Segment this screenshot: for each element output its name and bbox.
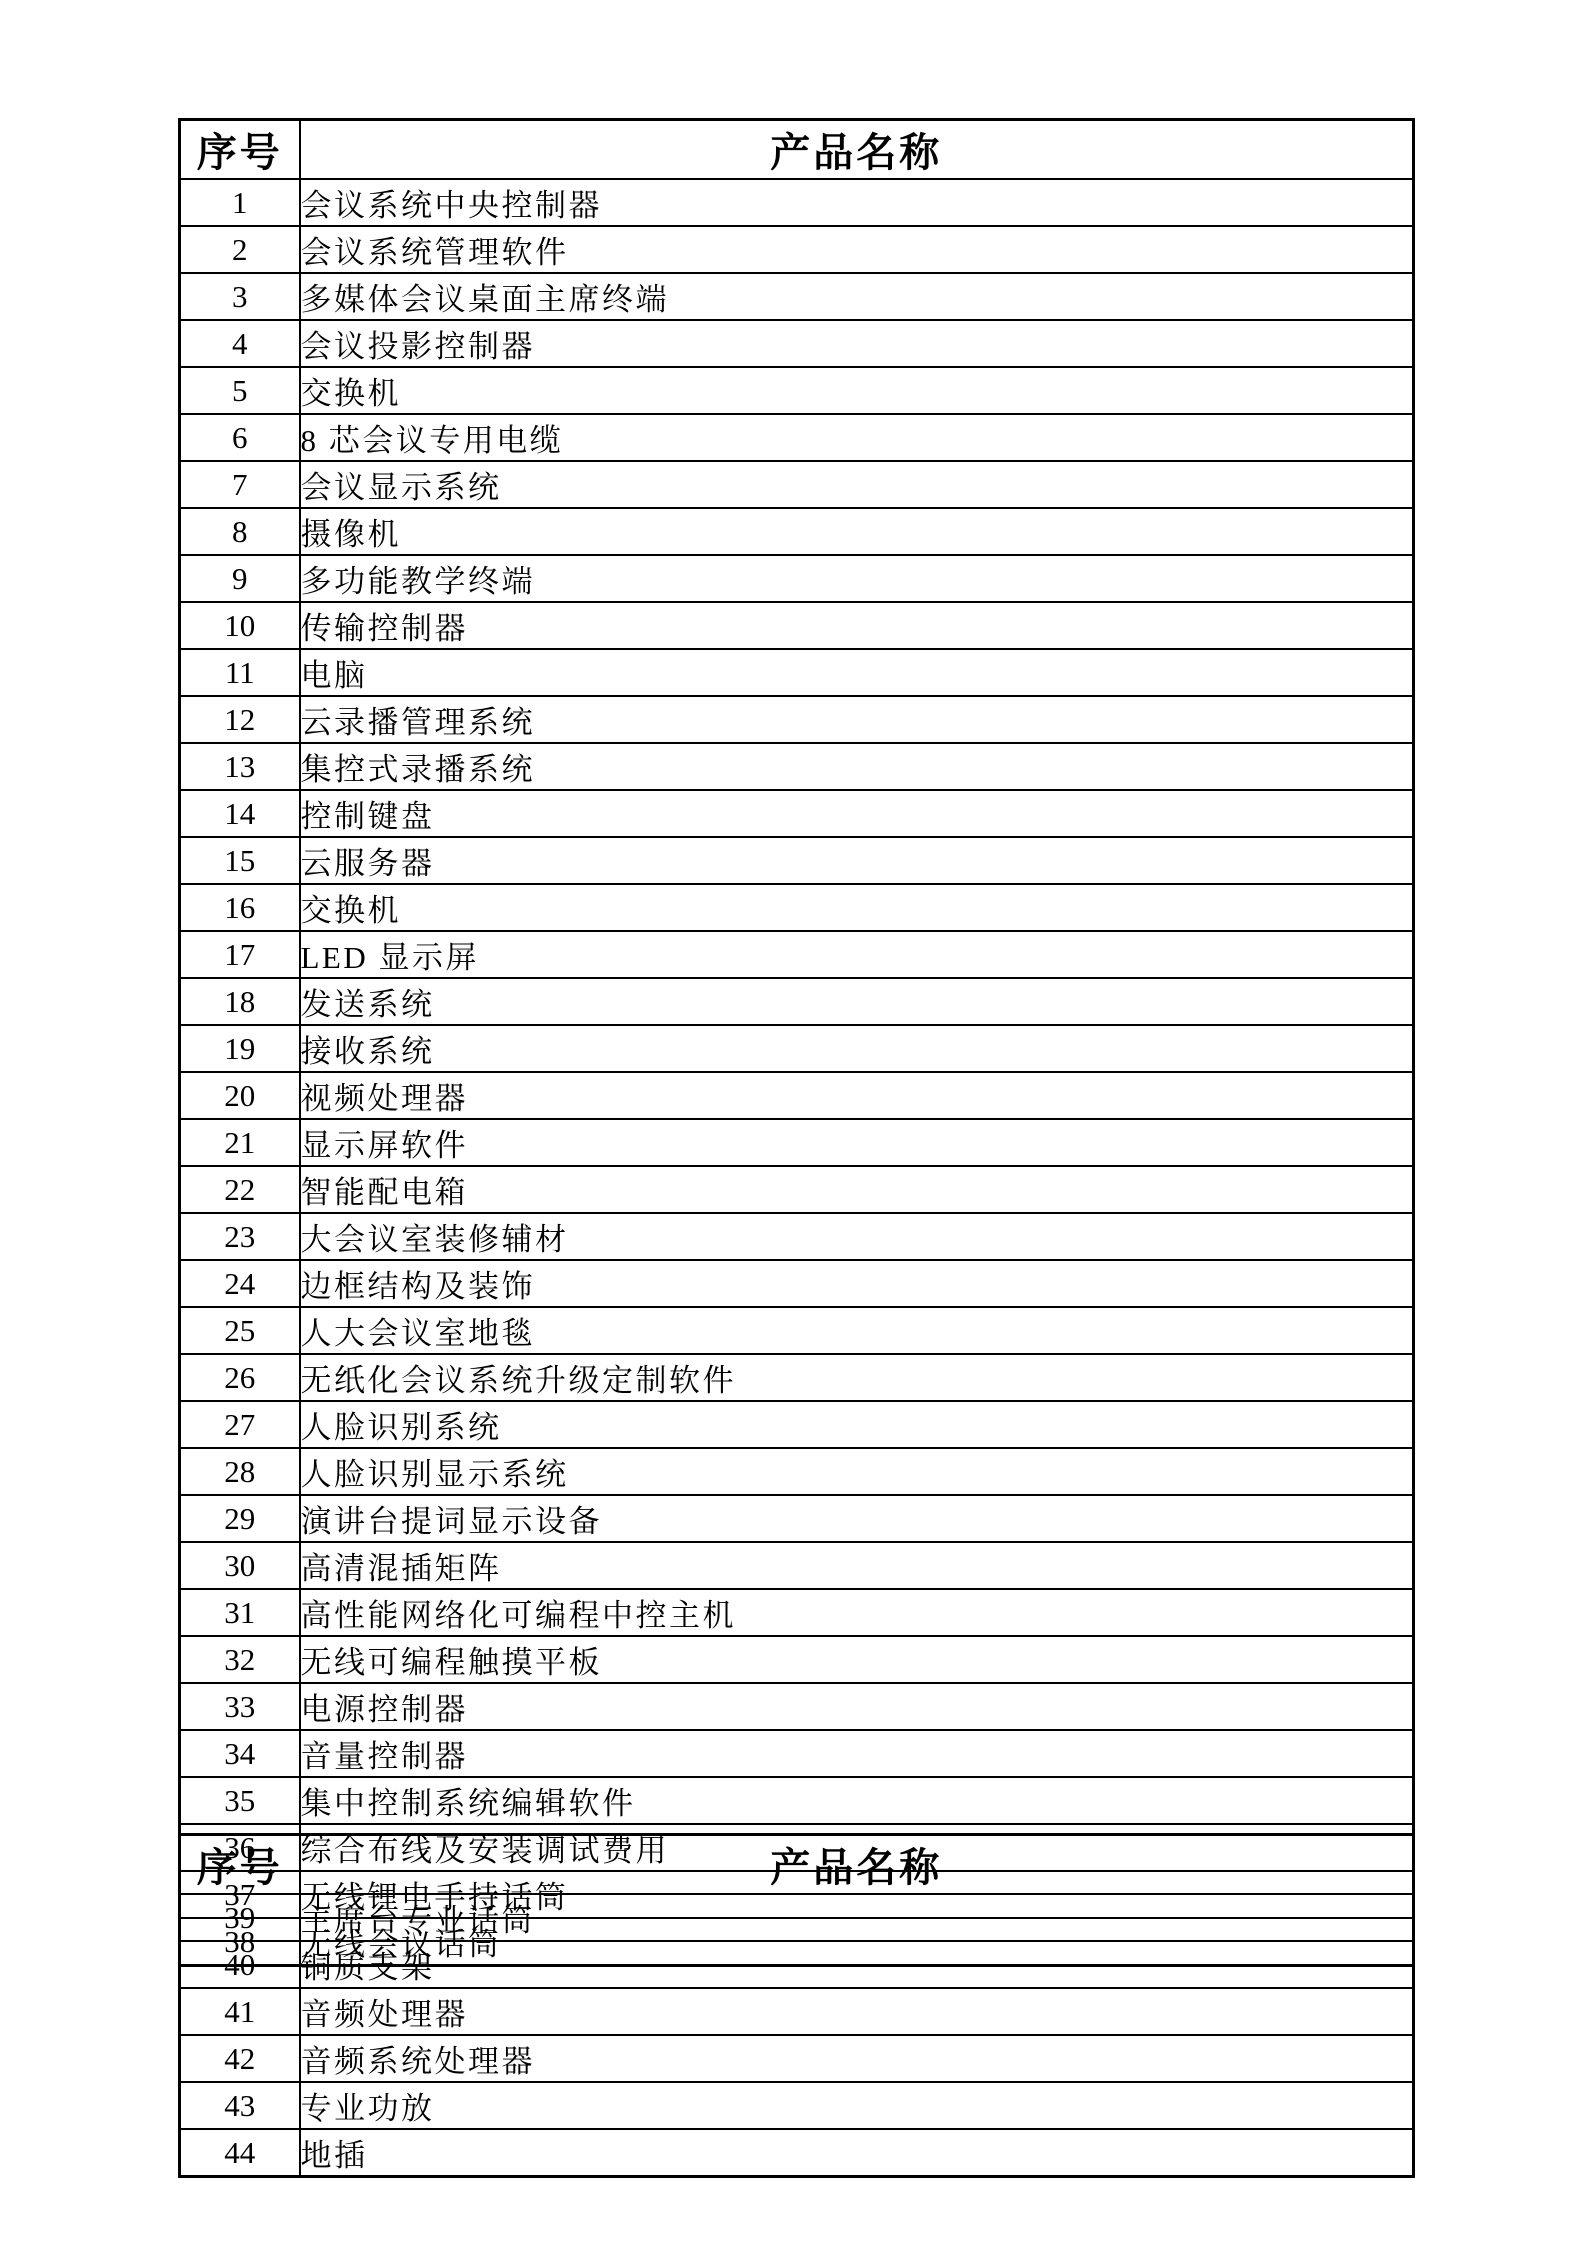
table-row: 20视频处理器: [180, 1072, 1414, 1119]
row-product-name: 控制键盘: [300, 790, 1414, 837]
row-product-name: 云录播管理系统: [300, 696, 1414, 743]
table-row: 1会议系统中央控制器: [180, 179, 1414, 226]
row-product-name: 云服务器: [300, 837, 1414, 884]
row-index: 27: [180, 1401, 300, 1448]
table-row: 17LED 显示屏: [180, 931, 1414, 978]
row-product-name: 地插: [300, 2129, 1414, 2177]
table-row: 68 芯会议专用电缆: [180, 414, 1414, 461]
table-row: 14控制键盘: [180, 790, 1414, 837]
row-index: 4: [180, 320, 300, 367]
row-product-name: 人大会议室地毯: [300, 1307, 1414, 1354]
row-index: 33: [180, 1683, 300, 1730]
table-row: 12云录播管理系统: [180, 696, 1414, 743]
row-index: 21: [180, 1119, 300, 1166]
row-index: 15: [180, 837, 300, 884]
table-row: 19接收系统: [180, 1025, 1414, 1072]
row-product-name: 智能配电箱: [300, 1166, 1414, 1213]
row-product-name: 音频系统处理器: [300, 2035, 1414, 2082]
row-index: 42: [180, 2035, 300, 2082]
row-index: 43: [180, 2082, 300, 2129]
row-product-name: 接收系统: [300, 1025, 1414, 1072]
table-row: 16交换机: [180, 884, 1414, 931]
row-index: 1: [180, 179, 300, 226]
row-index: 22: [180, 1166, 300, 1213]
row-index: 20: [180, 1072, 300, 1119]
row-product-name: 音量控制器: [300, 1730, 1414, 1777]
row-product-name: 集控式录播系统: [300, 743, 1414, 790]
table-header-row: 序号 产品名称: [180, 1835, 1414, 1895]
row-index: 41: [180, 1988, 300, 2035]
table-row: 31高性能网络化可编程中控主机: [180, 1589, 1414, 1636]
table-row: 40铜质支架: [180, 1941, 1414, 1988]
table-row: 28人脸识别显示系统: [180, 1448, 1414, 1495]
table-header-row: 序号 产品名称: [180, 120, 1414, 180]
row-index: 7: [180, 461, 300, 508]
table-row: 21显示屏软件: [180, 1119, 1414, 1166]
row-index: 9: [180, 555, 300, 602]
row-product-name: 多功能教学终端: [300, 555, 1414, 602]
table-row: 22智能配电箱: [180, 1166, 1414, 1213]
table-row: 30高清混插矩阵: [180, 1542, 1414, 1589]
row-index: 39: [180, 1894, 300, 1941]
row-index: 13: [180, 743, 300, 790]
row-index: 19: [180, 1025, 300, 1072]
table-row: 32无线可编程触摸平板: [180, 1636, 1414, 1683]
row-product-name: 电源控制器: [300, 1683, 1414, 1730]
row-index: 28: [180, 1448, 300, 1495]
product-table-first: 序号 产品名称 1会议系统中央控制器2会议系统管理软件3多媒体会议桌面主席终端4…: [178, 118, 1415, 1967]
row-index: 40: [180, 1941, 300, 1988]
row-product-name: LED 显示屏: [300, 931, 1414, 978]
row-product-name: 电脑: [300, 649, 1414, 696]
table-row: 26无纸化会议系统升级定制软件: [180, 1354, 1414, 1401]
product-table-second: 序号 产品名称 39主席台专业话筒40铜质支架41音频处理器42音频系统处理器4…: [178, 1833, 1415, 2178]
row-product-name: 发送系统: [300, 978, 1414, 1025]
row-product-name: 演讲台提词显示设备: [300, 1495, 1414, 1542]
header-product-name: 产品名称: [300, 120, 1414, 180]
row-product-name: 高清混插矩阵: [300, 1542, 1414, 1589]
table-row: 13集控式录播系统: [180, 743, 1414, 790]
table-row: 35集中控制系统编辑软件: [180, 1777, 1414, 1824]
table-row: 2会议系统管理软件: [180, 226, 1414, 273]
table-row: 5交换机: [180, 367, 1414, 414]
table-row: 39主席台专业话筒: [180, 1894, 1414, 1941]
row-product-name: 人脸识别系统: [300, 1401, 1414, 1448]
row-index: 34: [180, 1730, 300, 1777]
row-index: 35: [180, 1777, 300, 1824]
row-index: 16: [180, 884, 300, 931]
row-product-name: 边框结构及装饰: [300, 1260, 1414, 1307]
row-product-name: 会议系统管理软件: [300, 226, 1414, 273]
row-product-name: 专业功放: [300, 2082, 1414, 2129]
row-index: 31: [180, 1589, 300, 1636]
table-row: 7会议显示系统: [180, 461, 1414, 508]
table-row: 33电源控制器: [180, 1683, 1414, 1730]
header-index: 序号: [180, 1835, 300, 1895]
row-index: 44: [180, 2129, 300, 2177]
row-product-name: 视频处理器: [300, 1072, 1414, 1119]
row-product-name: 无线可编程触摸平板: [300, 1636, 1414, 1683]
table-row: 15云服务器: [180, 837, 1414, 884]
row-product-name: 大会议室装修辅材: [300, 1213, 1414, 1260]
row-product-name: 集中控制系统编辑软件: [300, 1777, 1414, 1824]
row-index: 5: [180, 367, 300, 414]
table-row: 8摄像机: [180, 508, 1414, 555]
row-index: 17: [180, 931, 300, 978]
row-product-name: 传输控制器: [300, 602, 1414, 649]
row-product-name: 高性能网络化可编程中控主机: [300, 1589, 1414, 1636]
table-row: 23大会议室装修辅材: [180, 1213, 1414, 1260]
row-product-name: 摄像机: [300, 508, 1414, 555]
row-product-name: 交换机: [300, 367, 1414, 414]
row-index: 3: [180, 273, 300, 320]
row-product-name: 交换机: [300, 884, 1414, 931]
row-product-name: 会议系统中央控制器: [300, 179, 1414, 226]
row-index: 10: [180, 602, 300, 649]
table-row: 42音频系统处理器: [180, 2035, 1414, 2082]
row-index: 29: [180, 1495, 300, 1542]
row-index: 26: [180, 1354, 300, 1401]
table-row: 44地插: [180, 2129, 1414, 2177]
row-index: 8: [180, 508, 300, 555]
header-index: 序号: [180, 120, 300, 180]
table-row: 25人大会议室地毯: [180, 1307, 1414, 1354]
row-index: 14: [180, 790, 300, 837]
document-page: 序号 产品名称 1会议系统中央控制器2会议系统管理软件3多媒体会议桌面主席终端4…: [0, 0, 1587, 2265]
row-index: 12: [180, 696, 300, 743]
row-index: 23: [180, 1213, 300, 1260]
table-row: 4会议投影控制器: [180, 320, 1414, 367]
row-index: 11: [180, 649, 300, 696]
table-row: 3多媒体会议桌面主席终端: [180, 273, 1414, 320]
table-row: 10传输控制器: [180, 602, 1414, 649]
header-product-name: 产品名称: [300, 1835, 1414, 1895]
row-product-name: 8 芯会议专用电缆: [300, 414, 1414, 461]
row-product-name: 会议投影控制器: [300, 320, 1414, 367]
table-row: 41音频处理器: [180, 1988, 1414, 2035]
table-row: 9多功能教学终端: [180, 555, 1414, 602]
row-index: 24: [180, 1260, 300, 1307]
table-row: 34音量控制器: [180, 1730, 1414, 1777]
row-product-name: 音频处理器: [300, 1988, 1414, 2035]
row-product-name: 多媒体会议桌面主席终端: [300, 273, 1414, 320]
row-index: 18: [180, 978, 300, 1025]
row-product-name: 铜质支架: [300, 1941, 1414, 1988]
row-product-name: 主席台专业话筒: [300, 1894, 1414, 1941]
table-row: 11电脑: [180, 649, 1414, 696]
table-row: 24边框结构及装饰: [180, 1260, 1414, 1307]
row-product-name: 会议显示系统: [300, 461, 1414, 508]
row-index: 32: [180, 1636, 300, 1683]
table-row: 27人脸识别系统: [180, 1401, 1414, 1448]
row-index: 6: [180, 414, 300, 461]
row-product-name: 显示屏软件: [300, 1119, 1414, 1166]
row-product-name: 人脸识别显示系统: [300, 1448, 1414, 1495]
table-row: 29演讲台提词显示设备: [180, 1495, 1414, 1542]
row-index: 30: [180, 1542, 300, 1589]
table-row: 18发送系统: [180, 978, 1414, 1025]
row-index: 25: [180, 1307, 300, 1354]
table-row: 43专业功放: [180, 2082, 1414, 2129]
row-product-name: 无纸化会议系统升级定制软件: [300, 1354, 1414, 1401]
row-index: 2: [180, 226, 300, 273]
